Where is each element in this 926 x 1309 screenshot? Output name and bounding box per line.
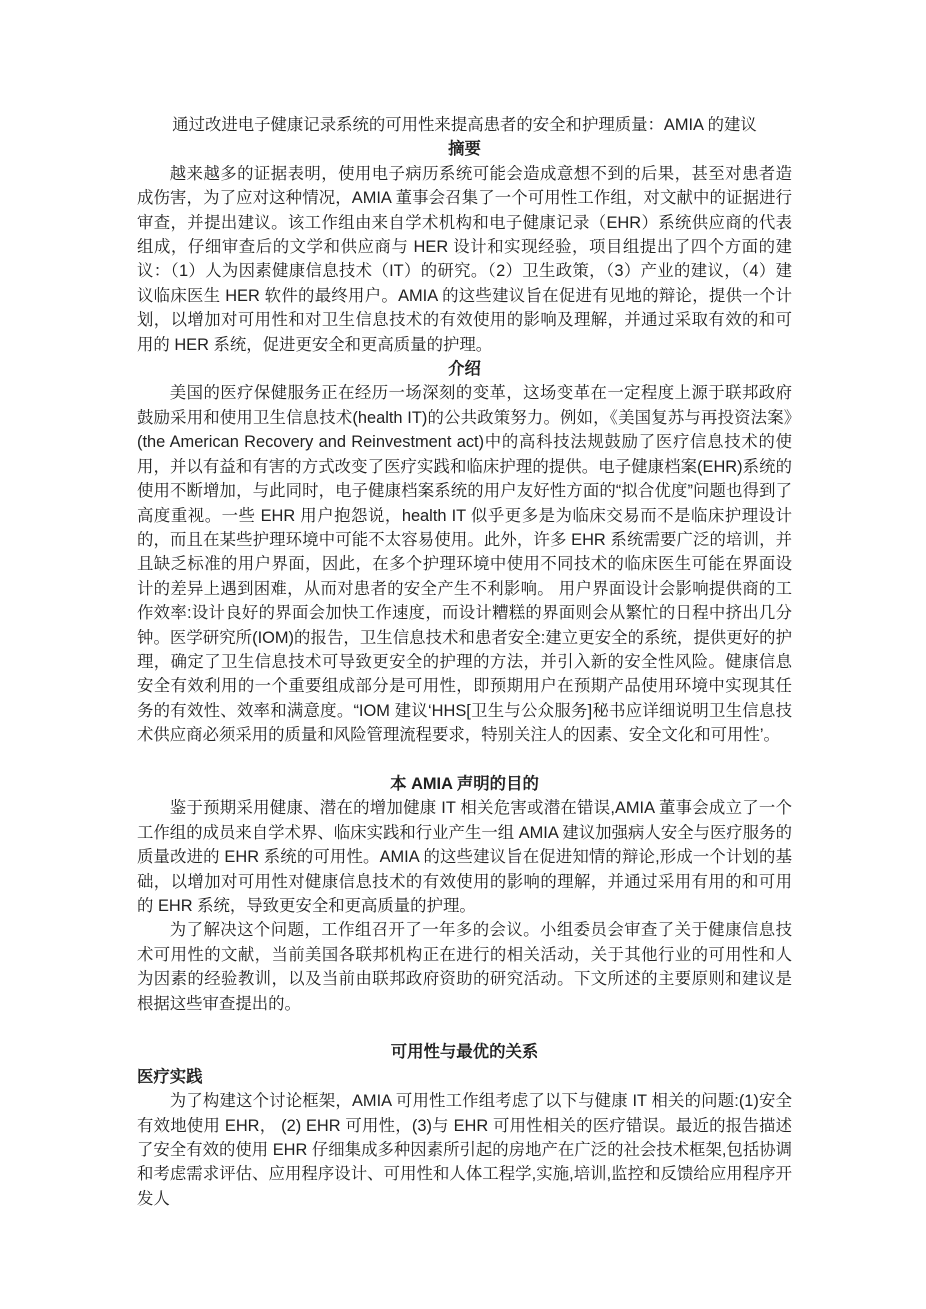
- paragraph: 美国的医疗保健服务正在经历一场深刻的变革，这场变革在一定程度上源于联邦政府鼓励采…: [137, 381, 792, 747]
- subsection-heading: 医疗实践: [137, 1065, 792, 1089]
- paragraph: 为了解决这个问题，工作组召开了一年多的会议。小组委员会审查了关于健康信息技术可用…: [137, 918, 792, 1016]
- paragraph: 鉴于预期采用健康、潜在的增加健康 IT 相关危害或潜在错误,AMIA 董事会成立…: [137, 796, 792, 918]
- section-heading: 本 AMIA 声明的目的: [137, 772, 792, 796]
- document-page: 通过改进电子健康记录系统的可用性来提高患者的安全和护理质量：AMIA 的建议 摘…: [0, 0, 926, 1309]
- section-heading: 可用性与最优的关系: [137, 1040, 792, 1064]
- document-body: 摘要越来越多的证据表明，使用电子病历系统可能会造成意想不到的后果，甚至对患者造成…: [137, 137, 792, 1211]
- section-heading: 介绍: [137, 357, 792, 381]
- document-title: 通过改进电子健康记录系统的可用性来提高患者的安全和护理质量：AMIA 的建议: [137, 113, 792, 137]
- paragraph: 越来越多的证据表明，使用电子病历系统可能会造成意想不到的后果，甚至对患者造成伤害…: [137, 162, 792, 357]
- paragraph: 为了构建这个讨论框架，AMIA 可用性工作组考虑了以下与健康 IT 相关的问题:…: [137, 1089, 792, 1211]
- section-heading: 摘要: [137, 137, 792, 161]
